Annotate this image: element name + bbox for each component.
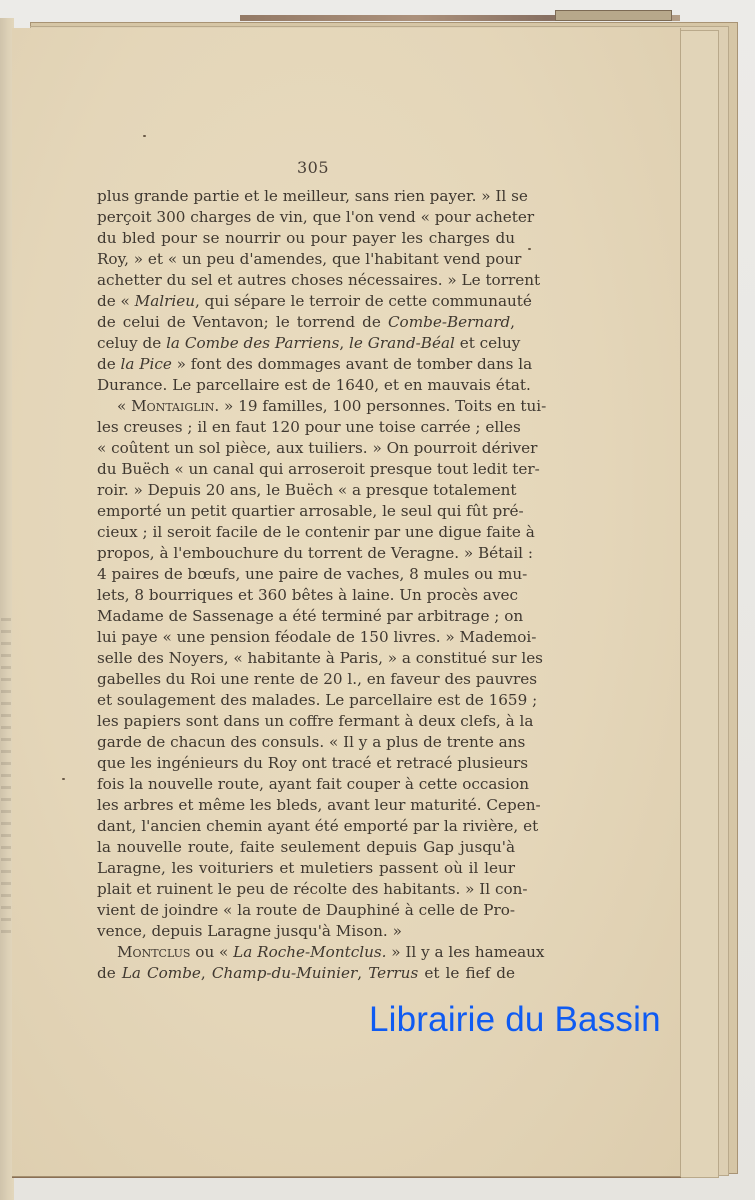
watermark: Librairie du Bassin <box>369 1000 661 1040</box>
text-segment: Roy, » et « un peu d'amendes, que l'habi… <box>97 250 521 268</box>
text-line: fois la nouvelle route, ayant fait coupe… <box>97 774 515 795</box>
text-segment: celuy de <box>97 334 166 352</box>
small-caps-heading: Montclus <box>117 943 190 961</box>
text-segment: roir. » Depuis 20 ans, le Buëch « a pres… <box>97 481 517 499</box>
text-segment: , qui sépare le terroir de cette communa… <box>195 292 532 310</box>
text-segment: et le fief de <box>418 964 515 982</box>
text-segment: les creuses ; il en faut 120 pour une to… <box>97 418 521 436</box>
text-segment: « coûtent un sol pièce, aux tuiliers. » … <box>97 439 537 457</box>
text-line: de La Combe, Champ-du-Muinier, Terrus et… <box>97 963 515 984</box>
text-segment: que les ingénieurs du Roy ont tracé et r… <box>97 754 528 772</box>
text-line: lui paye « une pension féodale de 150 li… <box>97 627 515 648</box>
text-line: du Buëch « un canal qui arroseroit presq… <box>97 459 515 480</box>
text-line: « coûtent un sol pièce, aux tuiliers. » … <box>97 438 515 459</box>
text-line: les arbres et même les bleds, avant leur… <box>97 795 515 816</box>
text-segment: les papiers sont dans un coffre fermant … <box>97 712 533 730</box>
text-segment: Madame de Sassenage a été terminé par ar… <box>97 607 523 625</box>
text-segment: et celuy <box>455 334 520 352</box>
text-segment: et soulagement des malades. Le parcellai… <box>97 691 537 709</box>
italic-place-name: le Grand-Béal <box>349 334 455 352</box>
text-segment: de celui de Ventavon; le torrend de <box>97 313 388 331</box>
text-line: celuy de la Combe des Parriens, le Grand… <box>97 333 515 354</box>
text-segment: , <box>357 964 368 982</box>
text-segment: » font des dommages avant de tomber dans… <box>172 355 532 373</box>
text-line: garde de chacun des consuls. « Il y a pl… <box>97 732 515 753</box>
text-segment: la nouvelle route, faite seulement depui… <box>97 838 515 856</box>
italic-place-name: la Pice <box>121 355 172 373</box>
text-line: que les ingénieurs du Roy ont tracé et r… <box>97 753 515 774</box>
text-line: gabelles du Roi une rente de 20 l., en f… <box>97 669 515 690</box>
text-line: les papiers sont dans un coffre fermant … <box>97 711 515 732</box>
page-number: 305 <box>297 158 329 177</box>
text-segment: dant, l'ancien chemin ayant été emporté … <box>97 817 538 835</box>
text-segment: , <box>201 964 212 982</box>
text-segment: Durance. Le parcellaire est de 1640, et … <box>97 376 531 394</box>
text-segment: plait et ruinent le peu de récolte des h… <box>97 880 528 898</box>
text-segment: propos, à l'embouchure du torrent de Ver… <box>97 544 533 562</box>
text-line: la nouvelle route, faite seulement depui… <box>97 837 515 858</box>
text-segment: « <box>117 397 131 415</box>
text-line: plait et ruinent le peu de récolte des h… <box>97 879 515 900</box>
text-segment: les arbres et même les bleds, avant leur… <box>97 796 541 814</box>
text-segment: 4 paires de bœufs, une paire de vaches, … <box>97 565 527 583</box>
text-line: vence, depuis Laragne jusqu'à Mison. » <box>97 921 515 942</box>
text-line: emporté un petit quartier arrosable, le … <box>97 501 515 522</box>
text-line: selle des Noyers, « habitante à Paris, »… <box>97 648 515 669</box>
italic-place-name: La Combe <box>122 964 201 982</box>
text-line: les creuses ; il en faut 120 pour une to… <box>97 417 515 438</box>
text-line: propos, à l'embouchure du torrent de Ver… <box>97 543 515 564</box>
text-segment: garde de chacun des consuls. « Il y a pl… <box>97 733 525 751</box>
text-segment: du bled pour se nourrir ou pour payer le… <box>97 229 515 247</box>
text-line: du bled pour se nourrir ou pour payer le… <box>97 228 515 249</box>
paper-speck <box>528 248 531 250</box>
text-segment: vient de joindre « la route de Dauphiné … <box>97 901 515 919</box>
text-line: Durance. Le parcellaire est de 1640, et … <box>97 375 515 396</box>
italic-place-name: Terrus <box>368 964 418 982</box>
text-segment: de « <box>97 292 135 310</box>
text-line: cieux ; il seroit facile de le contenir … <box>97 522 515 543</box>
text-segment: du Buëch « un canal qui arroseroit presq… <box>97 460 540 478</box>
small-caps-heading: Montaiglin. <box>131 397 219 415</box>
adjacent-page-text-fragments <box>1 618 11 938</box>
text-segment: lui paye « une pension féodale de 150 li… <box>97 628 536 646</box>
torn-paper-tab <box>555 10 672 21</box>
text-line: de la Pice » font des dommages avant de … <box>97 354 515 375</box>
text-segment: ou « <box>190 943 233 961</box>
text-segment: lets, 8 bourriques et 360 bêtes à laine.… <box>97 586 518 604</box>
text-segment: fois la nouvelle route, ayant fait coupe… <box>97 775 529 793</box>
text-line: achetter du sel et autres choses nécessa… <box>97 270 515 291</box>
text-segment: de <box>97 964 122 982</box>
text-line: 4 paires de bœufs, une paire de vaches, … <box>97 564 515 585</box>
text-segment: gabelles du Roi une rente de 20 l., en f… <box>97 670 537 688</box>
text-line: vient de joindre « la route de Dauphiné … <box>97 900 515 921</box>
text-line: de celui de Ventavon; le torrend de Comb… <box>97 312 515 333</box>
text-segment: , <box>339 334 349 352</box>
text-segment: perçoit 300 charges de vin, que l'on ven… <box>97 208 534 226</box>
text-segment: achetter du sel et autres choses nécessa… <box>97 271 540 289</box>
italic-place-name: Malrieu <box>135 292 195 310</box>
text-segment: de <box>97 355 121 373</box>
italic-place-name: Champ-du-Muinier <box>212 964 357 982</box>
text-segment: » Il y a les hameaux <box>386 943 544 961</box>
text-line: Montclus ou « La Roche-Montclus. » Il y … <box>97 942 515 963</box>
text-line: dant, l'ancien chemin ayant été emporté … <box>97 816 515 837</box>
text-line: Laragne, les voituriers et muletiers pas… <box>97 858 515 879</box>
text-segment: , <box>510 313 515 331</box>
text-line: lets, 8 bourriques et 360 bêtes à laine.… <box>97 585 515 606</box>
text-line: plus grande partie et le meilleur, sans … <box>97 186 515 207</box>
text-line: de « Malrieu, qui sépare le terroir de c… <box>97 291 515 312</box>
italic-place-name: La Roche-Montclus. <box>233 943 386 961</box>
paper-speck <box>143 135 146 137</box>
text-segment: Laragne, les voituriers et muletiers pas… <box>97 859 515 877</box>
italic-place-name: la Combe des Parriens <box>166 334 339 352</box>
text-segment: vence, depuis Laragne jusqu'à Mison. » <box>97 922 402 940</box>
paper-speck <box>62 778 65 780</box>
text-segment: plus grande partie et le meilleur, sans … <box>97 187 528 205</box>
text-line: Roy, » et « un peu d'amendes, que l'habi… <box>97 249 515 270</box>
text-segment: » 19 familles, 100 personnes. Toits en t… <box>219 397 546 415</box>
text-line: « Montaiglin. » 19 familles, 100 personn… <box>97 396 515 417</box>
italic-place-name: Combe-Bernard <box>388 313 510 331</box>
body-text: plus grande partie et le meilleur, sans … <box>97 186 515 984</box>
text-segment: selle des Noyers, « habitante à Paris, »… <box>97 649 543 667</box>
text-segment: emporté un petit quartier arrosable, le … <box>97 502 524 520</box>
text-line: perçoit 300 charges de vin, que l'on ven… <box>97 207 515 228</box>
text-line: et soulagement des malades. Le parcellai… <box>97 690 515 711</box>
text-line: roir. » Depuis 20 ans, le Buëch « a pres… <box>97 480 515 501</box>
text-segment: cieux ; il seroit facile de le contenir … <box>97 523 535 541</box>
text-line: Madame de Sassenage a été terminé par ar… <box>97 606 515 627</box>
